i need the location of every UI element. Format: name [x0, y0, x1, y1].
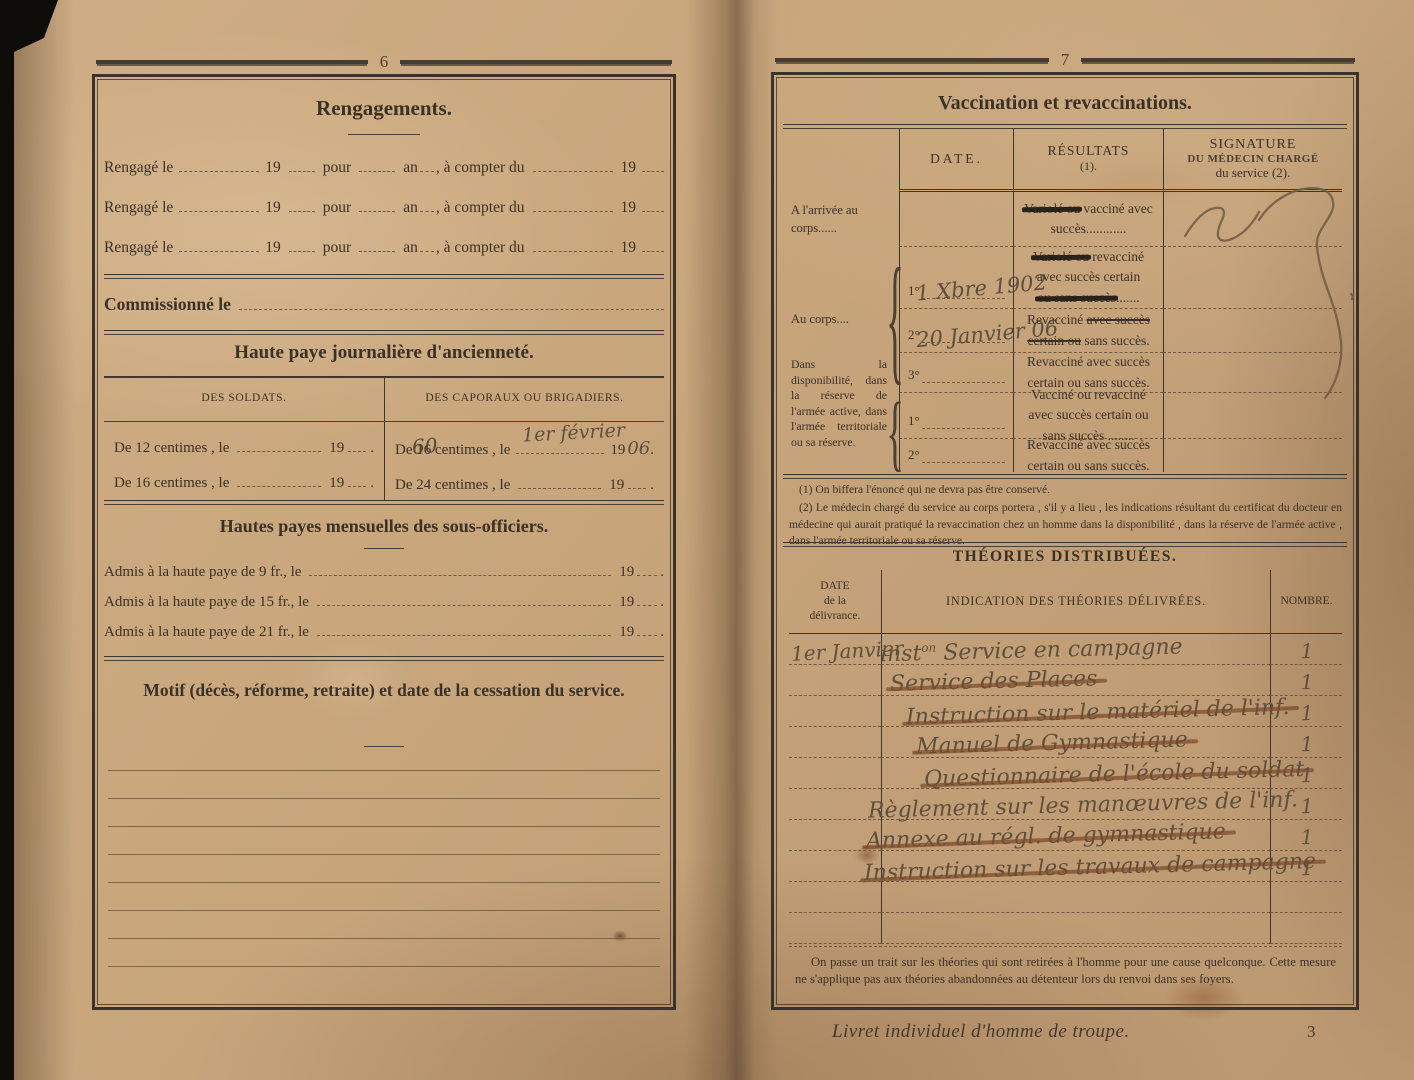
page-number-7: 7 [1061, 50, 1070, 70]
admis-label: Admis à la haute paye de 21 fr., le [104, 624, 309, 641]
theories-title: THÉORIES DISTRIBUÉES. [783, 548, 1347, 566]
au-corps-text: Au corps.... [791, 311, 849, 329]
header-rule [400, 60, 672, 64]
resultats-column-header: RÉSULTATS (1). [1013, 128, 1163, 192]
handwritten-theory: Règlement sur les manœuvres de l'inf. [868, 787, 1298, 823]
struck-variole: Variolé ou [1033, 249, 1089, 264]
theory-date-cell [789, 696, 881, 727]
commissionne-label: Commissionné le [104, 294, 231, 315]
rengage-label: Rengagé le [104, 159, 173, 177]
ruled-line [108, 966, 660, 967]
hp-label: De 24 centimes , le [395, 477, 510, 494]
fill-line [637, 592, 657, 606]
resultats-header-label: RÉSULTATS [1048, 143, 1130, 159]
result-text: sans succès. [1081, 333, 1150, 348]
handwritten-theory-struck: Service des Places [890, 666, 1098, 696]
resultats-header-note: (1). [1080, 159, 1097, 174]
fill-line [533, 158, 613, 172]
section-rule [104, 656, 664, 661]
hp-label: De [395, 442, 413, 459]
theory-date-cell [789, 758, 881, 789]
commissionne-line: Commissionné le [104, 294, 664, 315]
compter-label: , à compter du [436, 159, 525, 177]
col-header-soldats: DES SOLDATS. [104, 378, 384, 422]
signature-header-line1: SIGNATURE [1210, 137, 1297, 153]
header-rule [96, 60, 368, 64]
admis-line: Admis à la haute paye de 15 fr., le 19 . [104, 592, 664, 611]
theory-date-cell: 1er Janvier [789, 634, 881, 665]
blank-ruled-area [108, 770, 660, 994]
pour-label: pour [323, 199, 351, 217]
year-19: 19 [619, 624, 634, 641]
ruled-line [108, 910, 660, 911]
haute-paye-table: DES SOLDATS. DES CAPORAUX OU BRIGADIERS.… [104, 376, 664, 500]
fill-line [642, 238, 664, 252]
date-header-l1: DATE [820, 579, 849, 594]
date-ordinal: 3° [908, 367, 920, 383]
booklet-footer-title: Livret individuel d'homme de troupe. [832, 1021, 1130, 1043]
theory-cell: Service des Places [881, 665, 1270, 696]
doctor-signature [1175, 174, 1365, 414]
ruled-line [108, 882, 660, 883]
fill-line [179, 198, 259, 212]
year-19: 19 [621, 199, 637, 217]
result-cell: Variolé ou vacciné avec succès..........… [1013, 192, 1163, 247]
fill-line [289, 198, 315, 212]
section-rule [783, 542, 1347, 547]
theory-count-cell-empty [1270, 882, 1342, 913]
col-header-caporaux: DES CAPORAUX OU BRIGADIERS. [384, 378, 664, 422]
result-cell: Revacciné avec succès certain ou sans su… [1013, 439, 1163, 472]
hp-row: De 12 centimes , le 19 . [114, 422, 374, 457]
theory-count-cell: 1 [1270, 665, 1342, 696]
admis-label: Admis à la haute paye de 9 fr., le [104, 564, 301, 581]
rengage-line: Rengagé le 19 pour an , à compter du 19 [104, 198, 664, 217]
page-6-header: 6 [96, 52, 672, 72]
fill-line [237, 473, 321, 487]
result-cell: Variolé ou revacciné avec succès certain… [1013, 247, 1163, 309]
theories-note-text: On passe un trait sur les théories qui s… [795, 954, 1336, 989]
theory-date-cell [789, 727, 881, 758]
handwritten-theory-struck: Manuel de Gymnastique [916, 727, 1188, 759]
year-19: 19 [265, 199, 281, 217]
fill-line [179, 238, 259, 252]
admis-label: Admis à la haute paye de 15 fr., le [104, 594, 309, 611]
admis-line: Admis à la haute paye de 9 fr., le 19 . [104, 562, 664, 581]
page-number-6: 6 [380, 52, 389, 72]
handwritten-count: 1 [1300, 639, 1314, 663]
ruled-line [108, 826, 660, 827]
group-label-disponibilite: Dans la disponibilité, dans la réserve d… [789, 393, 899, 472]
period: . [660, 564, 664, 581]
soldats-cell: De 12 centimes , le 19 . De 16 centimes … [104, 422, 384, 501]
admis-line: Admis à la haute paye de 21 fr., le 19 . [104, 622, 664, 641]
handwritten-count: 1 [1300, 856, 1314, 880]
ruled-line [108, 854, 660, 855]
date-header-l2: de la [824, 594, 846, 609]
date-cell-5: 2° [899, 439, 1013, 472]
fill-line [359, 158, 395, 172]
theory-count-cell: 1 [1270, 820, 1342, 851]
fill-line [628, 475, 646, 489]
section-rule [104, 500, 664, 505]
fill-line [179, 158, 259, 172]
header-rule [1081, 58, 1355, 62]
year-19: 19 [621, 239, 637, 257]
haute-paye-title: Haute paye journalière d'ancienneté. [104, 342, 664, 364]
fill-line [637, 562, 657, 576]
theories-note: On passe un trait sur les théories qui s… [789, 946, 1342, 989]
page-7: 7 Vaccination et revaccinations. DATE. R… [771, 72, 1359, 1010]
rengage-label: Rengagé le [104, 239, 173, 257]
fill-line [420, 198, 434, 212]
an-label: an [403, 239, 418, 257]
fill-line [533, 198, 613, 212]
disponibilite-text: Dans la disponibilité, dans la réserve d… [791, 357, 887, 450]
an-label: an [403, 199, 418, 217]
year-19: 19 [621, 159, 637, 177]
year-19: 19 [329, 440, 344, 457]
ruled-line [108, 770, 660, 771]
theories-date-header: DATE de la délivrance. [789, 570, 881, 634]
ruled-line [108, 798, 660, 799]
period: . [650, 442, 654, 459]
fill-line [348, 438, 366, 452]
fill-line [642, 158, 664, 172]
theory-cell-empty [881, 913, 1270, 944]
fill-line [533, 238, 613, 252]
date-fill-line [922, 458, 1005, 463]
rengage-label: Rengagé le [104, 199, 173, 217]
result-text: Revacciné [1027, 312, 1087, 327]
motif-title: Motif (décès, réforme, retraite) et date… [134, 678, 634, 703]
an-label: an [403, 159, 418, 177]
compter-label: , à compter du [436, 239, 525, 257]
vaccination-table: DATE. RÉSULTATS (1). SIGNATURE DU MÉDECI… [789, 128, 1342, 472]
section-rule [783, 474, 1347, 479]
rengage-line: Rengagé le 19 pour an , à compter du 19 [104, 158, 664, 177]
ruled-line [108, 938, 660, 939]
theory-count-cell: 1 [1270, 634, 1342, 665]
hautes-payes-mensuelles-title: Hautes payes mensuelles des sous-officie… [104, 516, 664, 537]
caporaux-cell: De 16 60 centimes , le 1er février 19 06… [384, 422, 664, 501]
theory-cell: inston Service en campagne [881, 634, 1270, 665]
handwritten-theory: inston Service en campagne [880, 634, 1183, 667]
fill-line [289, 238, 315, 252]
handwritten-year: 06 [627, 438, 650, 459]
date-cell-3: 3° [899, 353, 1013, 393]
fill-line [317, 592, 611, 606]
period: . [660, 624, 664, 641]
title-rule [348, 134, 420, 135]
pour-label: pour [323, 239, 351, 257]
theory-cell: Questionnaire de l'école du soldat [881, 758, 1270, 789]
period: . [370, 440, 374, 457]
fill-line [359, 238, 395, 252]
theory-date-cell [789, 665, 881, 696]
scanned-booklet-spread: 6 Rengagements. Rengagé le 19 pour an , … [0, 0, 1414, 1080]
theory-cell: Instruction sur le matériel de l'inf. [881, 696, 1270, 727]
handwritten-date: 1er février [522, 419, 626, 446]
theories-table: DATE de la délivrance. INDICATION DES TH… [789, 570, 1342, 944]
rengagements-title: Rengagements. [104, 96, 664, 121]
handwritten-theory-struck: Annexe au régl. de gymnastique [866, 819, 1226, 853]
result-dots: ....... [1116, 290, 1140, 305]
date-ordinal: 1° [908, 413, 920, 429]
header-rule [775, 58, 1049, 62]
fill-line [359, 198, 395, 212]
corner-cell [789, 128, 899, 192]
theory-cell: Manuel de Gymnastique [881, 727, 1270, 758]
handwritten-count: 1 [1300, 825, 1314, 849]
hp-row: De 24 centimes , le 19 . [395, 459, 654, 494]
left-edge-shadow [14, 0, 74, 1080]
struck-sans-succes: ou sans succès [1037, 290, 1116, 305]
fill-line [420, 158, 434, 172]
date-column-header: DATE. [899, 128, 1013, 192]
date-ordinal: 2° [908, 447, 920, 463]
signature-header-line2: DU MÉDECIN CHARGÉ [1187, 153, 1318, 165]
fill-line [420, 238, 434, 252]
period: . [650, 477, 654, 494]
handwritten-count: 1 [1300, 670, 1314, 694]
group-label-arrivee: A l'arrivée au corps...... [789, 192, 899, 247]
booklet-footer-page: 3 [1307, 1022, 1316, 1042]
printed-16-overwritten: 16 60 [416, 442, 431, 459]
year-19: 19 [610, 442, 625, 459]
handwritten-count: 1 [1300, 732, 1314, 756]
date-header-label: DATE. [930, 151, 983, 167]
theory-cell: Annexe au régl. de gymnastique [881, 820, 1270, 851]
result-cell: Vacciné ou revacciné avec succès certain… [1013, 393, 1163, 439]
vaccination-title: Vaccination et revaccinations. [783, 92, 1347, 115]
theory-count-cell-empty [1270, 913, 1342, 944]
hp-label: centimes , le [435, 442, 510, 459]
footnote-1: (1) On biffera l'énoncé qui ne devra pas… [789, 482, 1342, 498]
page-gutter-shadow [686, 0, 778, 1080]
result-cell: Revacciné avec succès certain ou sans su… [1013, 309, 1163, 353]
fill-line: 1er février [516, 440, 604, 454]
period: . [370, 475, 374, 492]
handwritten-theory-struck: Questionnaire de l'école du soldat [924, 757, 1305, 792]
period: . [660, 594, 664, 611]
handwritten-60-overlay: 60 [411, 433, 438, 459]
theory-cell: Règlement sur les manœuvres de l'inf. [881, 789, 1270, 820]
section-rule [104, 274, 664, 279]
fill-line [289, 158, 315, 172]
page-6: 6 Rengagements. Rengagé le 19 pour an , … [92, 74, 676, 1010]
handwritten-theory-struck: Instruction sur le matériel de l'inf. [906, 695, 1290, 730]
date-header-l3: délivrance. [810, 609, 861, 624]
theory-date-cell-empty [789, 882, 881, 913]
fill-line [237, 438, 321, 452]
struck-variole: Variolé ou [1024, 201, 1080, 216]
page-7-header: 7 [775, 50, 1355, 70]
hp-row: De 16 centimes , le 19 . [114, 457, 374, 492]
fill-line [239, 296, 664, 310]
date-fill-line [922, 424, 1005, 429]
theory-count-cell: 1 [1270, 727, 1342, 758]
section-rule [104, 330, 664, 335]
year-19: 19 [265, 239, 281, 257]
signature-cell [1163, 439, 1342, 472]
year-19: 19 [619, 594, 634, 611]
fill-line [317, 622, 611, 636]
hp-label: De 16 centimes , le [114, 475, 229, 492]
theory-cell-empty [881, 882, 1270, 913]
year-19: 19 [265, 159, 281, 177]
pour-label: pour [323, 159, 351, 177]
rengage-line: Rengagé le 19 pour an , à compter du 19 [104, 238, 664, 257]
hp-row-handwritten: De 16 60 centimes , le 1er février 19 06… [395, 422, 654, 459]
compter-label: , à compter du [436, 199, 525, 217]
fill-line [309, 562, 611, 576]
theory-date-cell-empty [789, 913, 881, 944]
year-19: 19 [609, 477, 624, 494]
date-cell-4: 1° [899, 393, 1013, 439]
theory-cell: Instruction sur les travaux de campagne [881, 851, 1270, 882]
year-19: 19 [619, 564, 634, 581]
hp-label: De 12 centimes , le [114, 440, 229, 457]
title-rule [364, 548, 404, 549]
year-19: 19 [329, 475, 344, 492]
handwritten-theory-struck: Instruction sur les travaux de campagne [864, 849, 1317, 886]
fill-line [518, 475, 601, 489]
date-fill-line [922, 378, 1005, 383]
date-cell-1: 1° 1 Xbre 1902 [899, 247, 1013, 309]
theories-indication-header: INDICATION DES THÉORIES DÉLIVRÉES. [881, 570, 1270, 634]
handwritten-count: 1 [1300, 794, 1314, 818]
handwritten-count: 1 [1300, 701, 1314, 725]
fill-line [348, 473, 366, 487]
date-cell-empty [899, 192, 1013, 247]
theories-nombre-header: NOMBRE. [1270, 570, 1342, 634]
fill-line [637, 622, 657, 636]
fill-line [642, 198, 664, 212]
handwritten-count: 1 [1300, 763, 1314, 787]
date-cell-2: 2° 20 Janvier 06 [899, 309, 1013, 353]
title-rule [364, 746, 404, 747]
paper-background: 6 Rengagements. Rengagé le 19 pour an , … [14, 0, 1414, 1080]
